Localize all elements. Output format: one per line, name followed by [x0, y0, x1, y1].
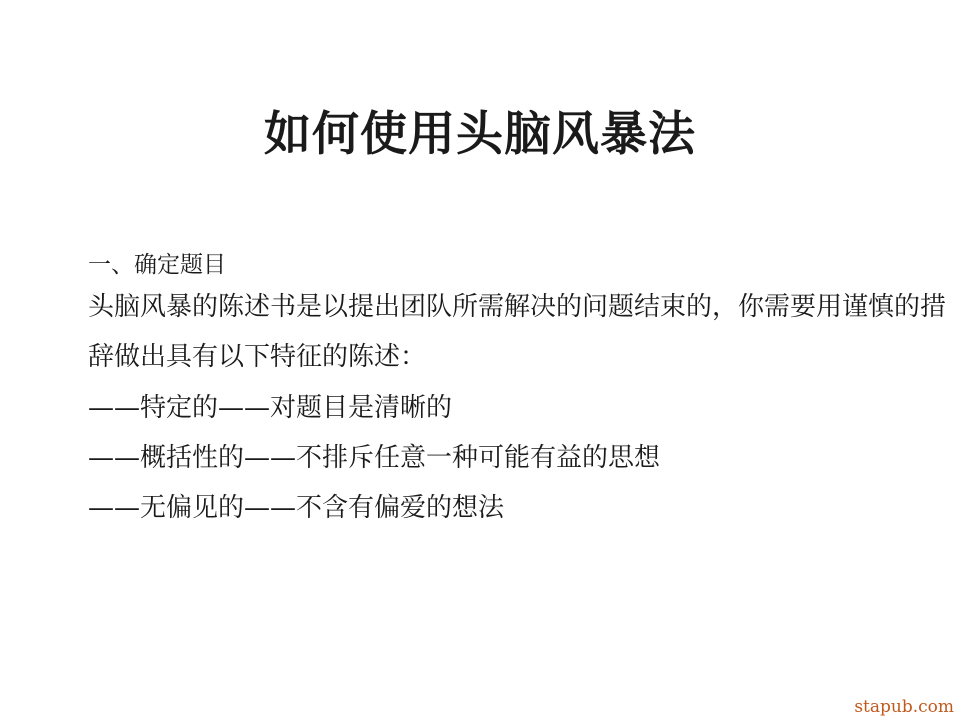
slide-canvas: 如何使用头脑风暴法 一、确定题目 头脑风暴的陈述书是以提出团队所需解决的问题结束… — [0, 0, 960, 720]
bullet-item-general: ——概括性的——不排斥任意一种可能有益的思想 — [88, 444, 660, 474]
section-heading: 一、确定题目 — [88, 252, 226, 278]
bullet-item-unbiased: ——无偏见的——不含有偏爱的想法 — [88, 494, 504, 524]
paragraph-line-2: 辞做出具有以下特征的陈述： — [88, 343, 426, 373]
slide-title: 如何使用头脑风暴法 — [0, 104, 960, 165]
watermark-text: stapub.com — [854, 697, 954, 717]
paragraph-line-1: 头脑风暴的陈述书是以提出团队所需解决的问题结束的，你需要用谨慎的措 — [88, 293, 946, 323]
bullet-item-specific: ——特定的——对题目是清晰的 — [88, 394, 452, 424]
